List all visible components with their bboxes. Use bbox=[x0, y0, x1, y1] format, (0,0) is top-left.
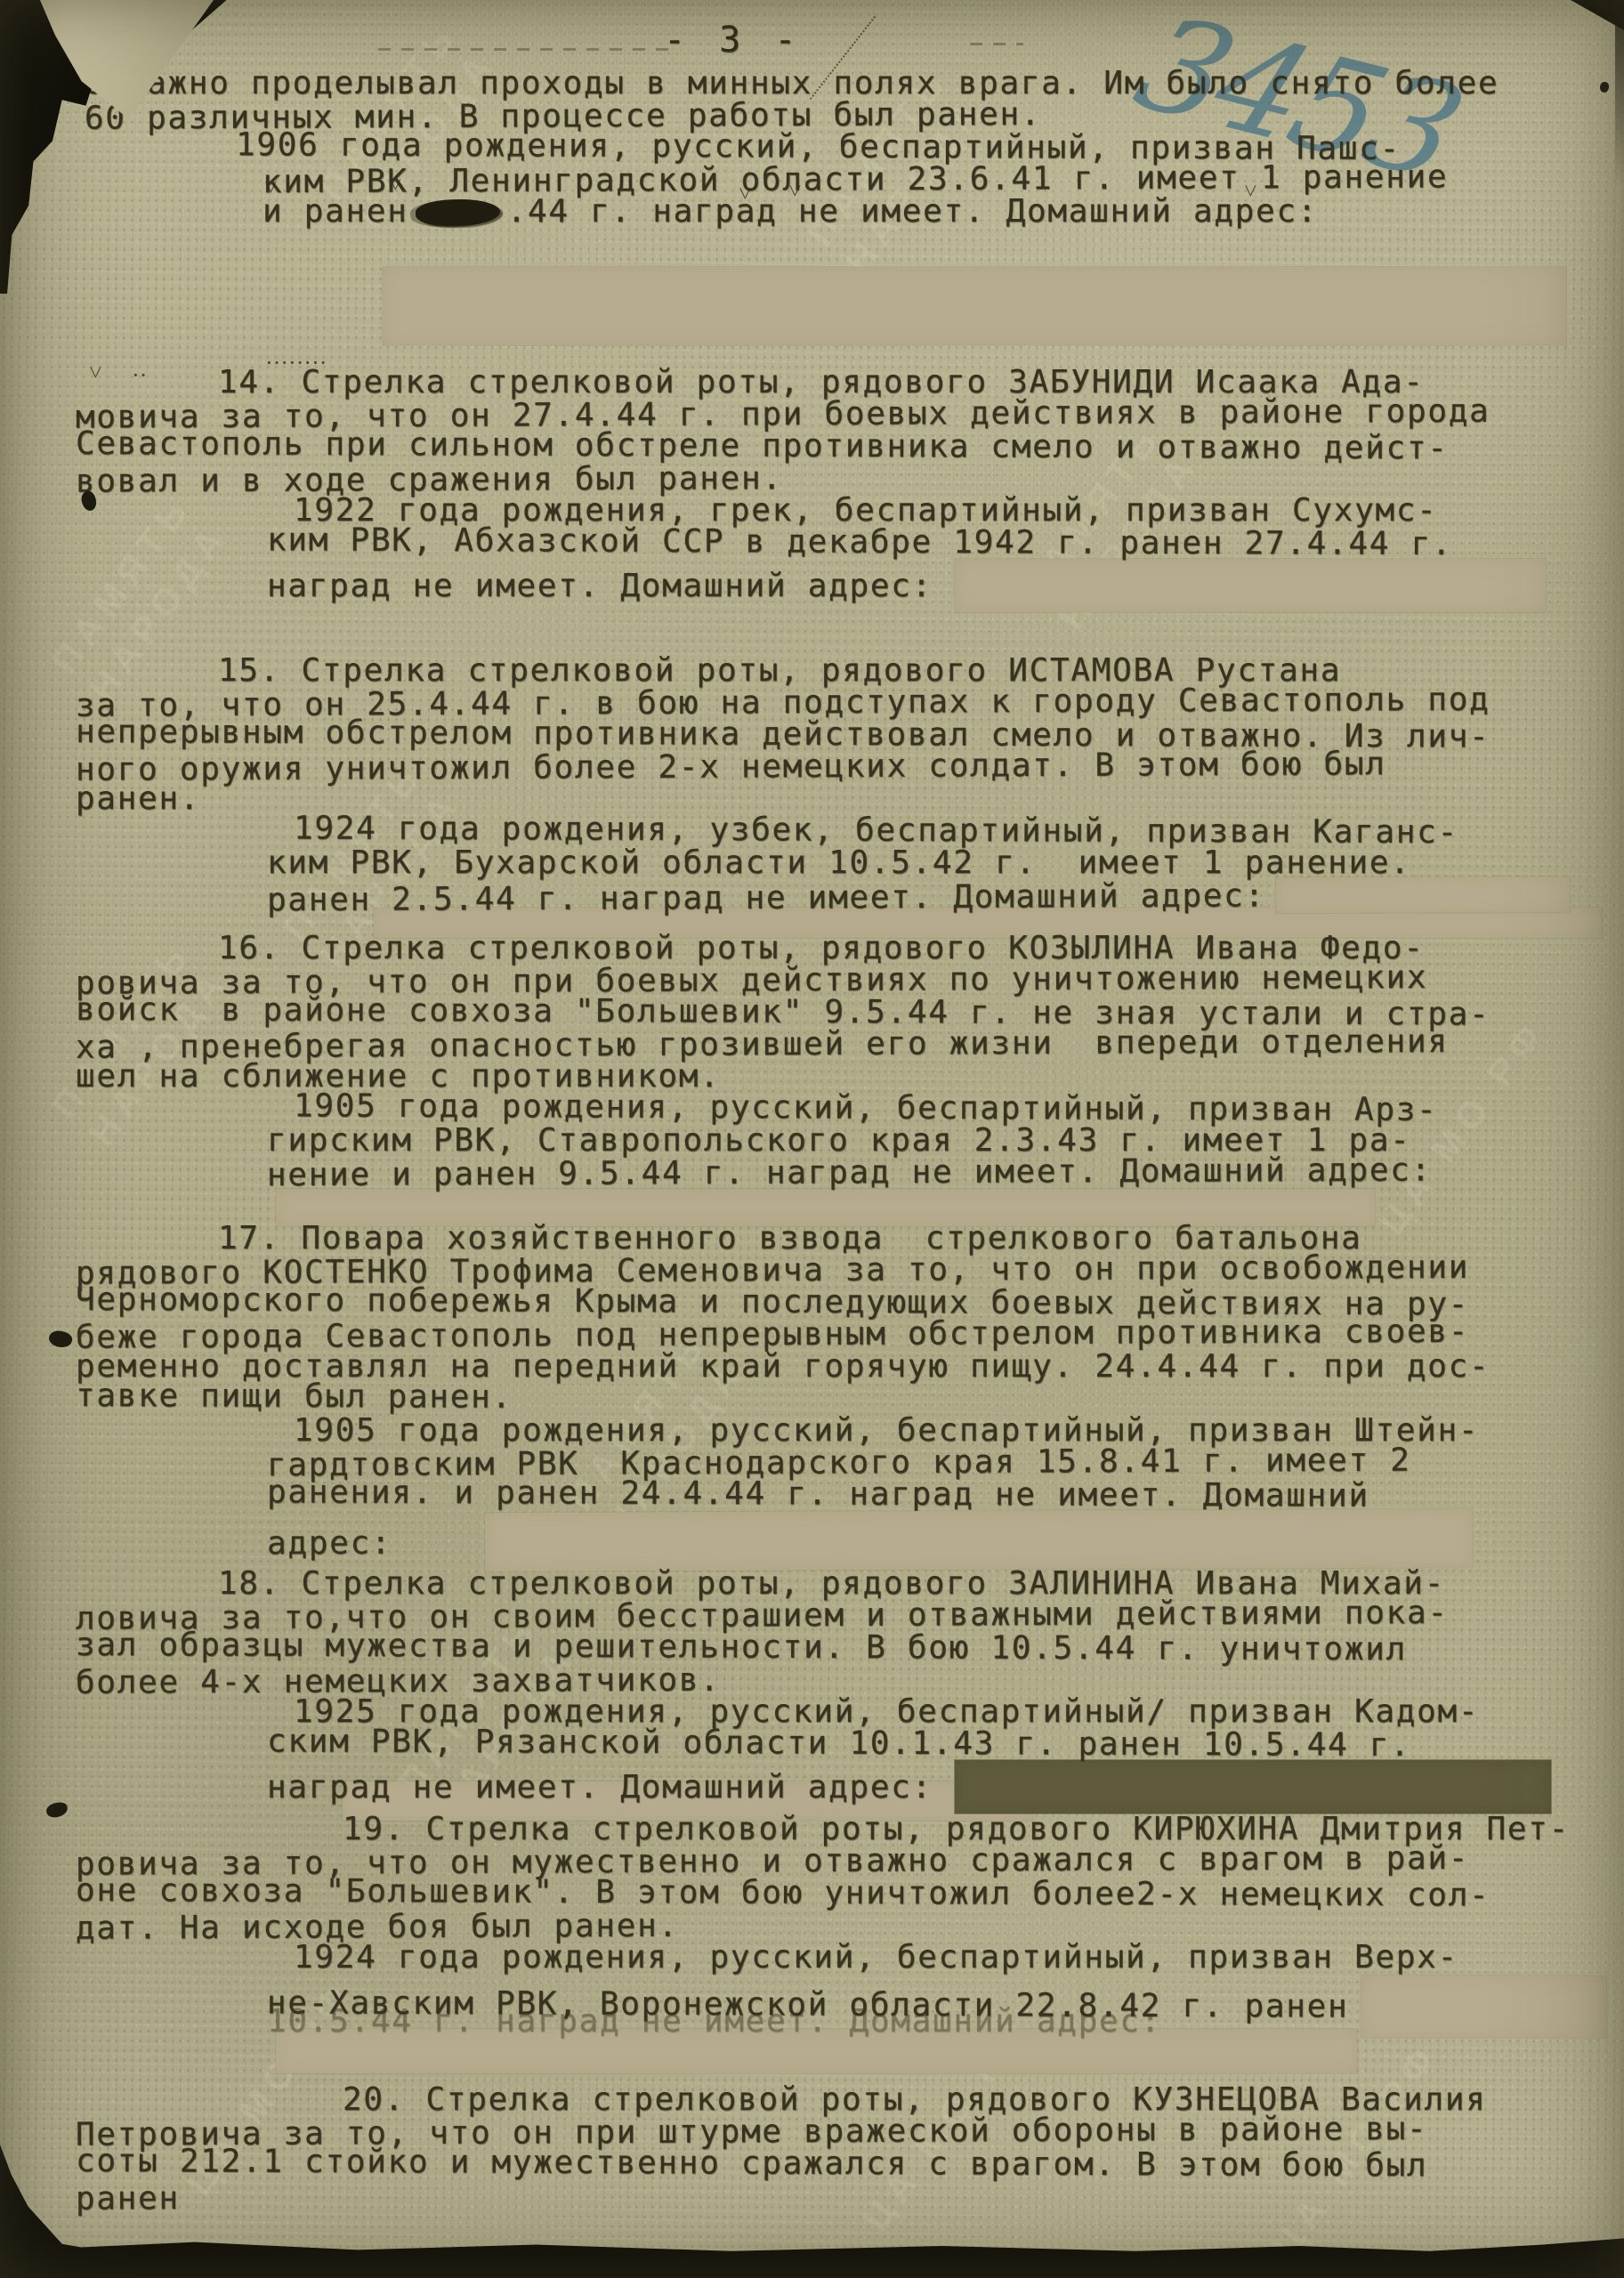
text-run: вовал и в ходе сражения был ранен. bbox=[76, 460, 783, 499]
text-line: наград не имеет. Домашний адрес: bbox=[267, 1760, 1588, 1792]
entry-block: 20. Стрелка стрелковой роты, рядового КУ… bbox=[76, 2084, 1588, 2212]
stray-type-mark: ˅ bbox=[1244, 178, 1257, 205]
entry-block: 17. Повара хозяйственного взвода стрелко… bbox=[76, 1223, 1588, 1543]
entry-block: 15. Стрелка стрелковой роты, рядового ИС… bbox=[76, 655, 1588, 938]
redaction-box bbox=[1276, 876, 1570, 913]
redaction-box bbox=[485, 1508, 1473, 1571]
text-run: более 4-х немецких захватчиков. bbox=[76, 1662, 721, 1701]
text-line: ким РВК, Бухарской области 10.5.42 г. им… bbox=[267, 847, 1588, 879]
text-line: ного оружия уничтожил более 2-х немецких… bbox=[76, 747, 1588, 786]
stray-type-mark: ‥ bbox=[132, 356, 147, 383]
text-line: дат. На исходе боя был ранен. bbox=[76, 1906, 1588, 1944]
text-line: тавке пищи был ранен. bbox=[76, 1380, 1588, 1418]
redaction-box bbox=[383, 267, 1566, 345]
stray-type-mark: ˅ bbox=[264, 174, 278, 201]
text-line: 1924 года рождения, узбек, беспартийный,… bbox=[294, 812, 1588, 849]
text-line: ким РВК, Ленинградской области 23.6.41 г… bbox=[263, 161, 1588, 199]
text-run: беже города Севастополь под непрерывным … bbox=[76, 1313, 1469, 1356]
stray-type-mark: ˅ bbox=[389, 172, 402, 198]
text-run: отважно проделывал проходы в минных поля… bbox=[85, 65, 1499, 101]
text-line: нение и ранен 9.5.44 г. наград не имеет.… bbox=[267, 1154, 1588, 1192]
stray-type-mark: ˅ bbox=[739, 181, 752, 207]
text-run: 10.5.44 г. наград не имеет. Домашний адр… bbox=[267, 2003, 1161, 2040]
text-line: ранен bbox=[76, 2177, 1588, 2215]
text-line: ха , пренебрегая опасностью грозившей ег… bbox=[76, 1025, 1588, 1063]
text-line: ким РВК, Абхазской ССР в декабре 1942 г.… bbox=[267, 524, 1588, 561]
stray-type-mark: ‥‥‥‥ bbox=[265, 343, 327, 370]
text-run: 1924 года рождения, узбек, беспартийный,… bbox=[294, 810, 1458, 851]
text-line: ским РВК, Рязанской области 10.1.43 г. р… bbox=[267, 1725, 1588, 1762]
stray-type-mark: ˅ bbox=[788, 178, 802, 205]
text-run: тавке пищи был ранен. bbox=[76, 1377, 513, 1416]
text-line: 10.5.44 г. наград не имеет. Домашний адр… bbox=[267, 2006, 1588, 2038]
text-run: ким РВК, Абхазской ССР в декабре 1942 г.… bbox=[267, 521, 1452, 562]
text-line: отважно проделывал проходы в минных поля… bbox=[85, 68, 1588, 100]
scuff-line bbox=[970, 43, 1023, 45]
redaction-box bbox=[955, 1760, 1551, 1814]
entry-block: 19. Стрелка стрелковой роты, рядового КИ… bbox=[76, 1814, 1588, 2073]
redaction-box bbox=[955, 559, 1547, 612]
text-line: беже города Севастополь под непрерывным … bbox=[76, 1315, 1588, 1353]
text-run: 1905 года рождения, русский, беспартийны… bbox=[294, 1087, 1438, 1127]
text-run: ха , пренебрегая опасностью грозившей ег… bbox=[76, 1023, 1449, 1066]
text-line: ранен 2.5.44 г. наград не имеет. Домашни… bbox=[267, 876, 1588, 914]
right-edge-shadow bbox=[1615, 0, 1624, 187]
scuff-line bbox=[378, 48, 672, 51]
text-line: наград не имеет. Домашний адрес: bbox=[267, 559, 1588, 591]
entry-block: 16. Стрелка стрелковой роты, рядового КО… bbox=[76, 933, 1588, 1226]
entry-block: отважно проделывал проходы в минных поля… bbox=[76, 68, 1588, 345]
text-run: наград не имеет. Домашний адрес: bbox=[267, 1769, 933, 1805]
text-line: 1924 года рождения, русский, беспартийны… bbox=[294, 1942, 1588, 1974]
scanned-document-page: ПАМЯТЬ НАРОДАПАМЯТЬ НАРОДАПАМЯТЬ НАРОДАП… bbox=[0, 0, 1624, 2278]
entry-block: 14. Стрелка стрелковой роты, рядового ЗА… bbox=[76, 367, 1588, 591]
typewritten-text-layer: отважно проделывал проходы в минных поля… bbox=[76, 0, 1588, 2278]
text-run: ким РВК, Ленинградской области 23.6.41 г… bbox=[263, 158, 1448, 200]
text-run: ранения. и ранен 24.4.44 г. наград не им… bbox=[267, 1474, 1369, 1514]
text-line: адрес: bbox=[267, 1508, 1588, 1546]
text-line: и ранен.44 г. наград не имеет. Домашний … bbox=[263, 196, 1588, 228]
text-run: дат. На исходе боя был ранен. bbox=[76, 1908, 679, 1947]
text-run: ранен bbox=[76, 2180, 180, 2217]
text-run: ским РВК, Рязанской области 10.1.43 г. р… bbox=[267, 1723, 1411, 1763]
text-line: ранения. и ранен 24.4.44 г. наград не им… bbox=[267, 1476, 1588, 1513]
text-line: более 4-х немецких захватчиков. bbox=[76, 1660, 1588, 1699]
text-line: 1905 года рождения, русский, беспартийны… bbox=[294, 1090, 1588, 1127]
text-line: вовал и в ходе сражения был ранен. bbox=[76, 459, 1588, 497]
ink-smudge bbox=[415, 198, 500, 227]
text-run: нение и ранен 9.5.44 г. наград не имеет.… bbox=[267, 1152, 1432, 1194]
text-run: адрес: bbox=[267, 1525, 392, 1563]
text-run: ранен 2.5.44 г. наград не имеет. Домашни… bbox=[267, 877, 1265, 918]
text-run: ного оружия уничтожил более 2-х немецких… bbox=[76, 746, 1386, 788]
entry-block: 18. Стрелка стрелковой роты, рядового ЗА… bbox=[76, 1568, 1588, 1821]
stray-type-mark: ˅ bbox=[89, 359, 102, 386]
text-run: наград не имеет. Домашний адрес: bbox=[267, 568, 933, 604]
